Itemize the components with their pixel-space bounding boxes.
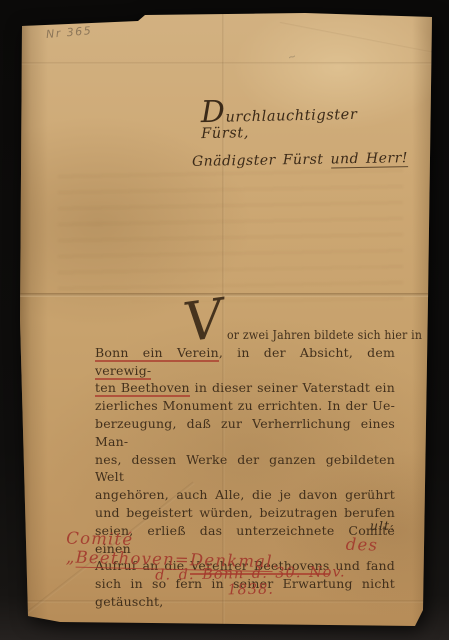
manuscript-body-line: Bonn ein Verein, in der Absicht, dem ver…	[95, 344, 395, 380]
manuscript-segment: berzeugung, daß zur Verherrlichung eines…	[95, 416, 395, 449]
manuscript-body-line: ten Beethoven in dieser seiner Vaterstad…	[95, 379, 395, 397]
manuscript-segment: Gnädigster Fürst	[192, 151, 331, 169]
manuscript-body-line: angehören, auch Alle, die je davon gerüh…	[95, 486, 395, 504]
paper-shadow-wrap: Nr 365 ~ Durchlauchtigster Fürst, Gnädig…	[0, 0, 449, 640]
manuscript-segment: ten Beethoven	[95, 380, 190, 397]
manuscript-segment: und Herr!	[330, 150, 408, 168]
horizontal-fold-crease	[18, 293, 434, 297]
manuscript-segment: nes, dessen Werke der ganzen gebildeten …	[95, 452, 395, 485]
diagonal-crease	[280, 22, 449, 60]
horizontal-fold-crease	[18, 62, 434, 65]
manuscript-body-line: or zwei Jahren bildete sich hier in	[95, 326, 359, 344]
manuscript-segment: , in der Absicht, dem	[219, 345, 395, 360]
salutation-line-2: Gnädigster Fürst und Herr!	[192, 150, 408, 170]
manuscript-segment: in dieser seiner Vaterstadt ein	[190, 380, 395, 395]
manuscript-body-line: berzeugung, daß zur Verherrlichung eines…	[95, 415, 395, 451]
date-annotation: d. d. Bonn d. 30. Nov. 1838.	[138, 564, 364, 600]
manuscript-body-line: und begeistert würden, beizutragen beruf…	[95, 504, 395, 522]
photo-backdrop: Nr 365 ~ Durchlauchtigster Fürst, Gnädig…	[0, 0, 449, 640]
manuscript-segment: angehören, auch Alle, die je davon gerüh…	[95, 487, 395, 502]
manuscript-body-line: nes, dessen Werke der ganzen gebildeten …	[95, 451, 395, 487]
body-closing-abbreviation: ult.	[370, 518, 395, 533]
manuscript-segment: zierliches Monument zu errichten. In der…	[95, 398, 395, 413]
archival-number: Nr 365	[46, 24, 93, 41]
salutation-line-1: Durchlauchtigster Fürst,	[201, 106, 404, 142]
manuscript-segment: or zwei Jahren bildete sich hier in	[227, 327, 422, 342]
manuscript-segment: verewig-	[95, 363, 151, 380]
manuscript-body-line: zierliches Monument zu errichten. In der…	[95, 397, 395, 415]
manuscript-segment: Bonn ein Verein	[95, 345, 219, 362]
stray-pencil-mark: ~	[287, 51, 298, 64]
manuscript-segment: und begeistert würden, beizutragen beruf…	[95, 505, 395, 520]
ink-bleedthrough	[58, 162, 403, 302]
manuscript-paper: Nr 365 ~ Durchlauchtigster Fürst, Gnädig…	[18, 12, 434, 628]
